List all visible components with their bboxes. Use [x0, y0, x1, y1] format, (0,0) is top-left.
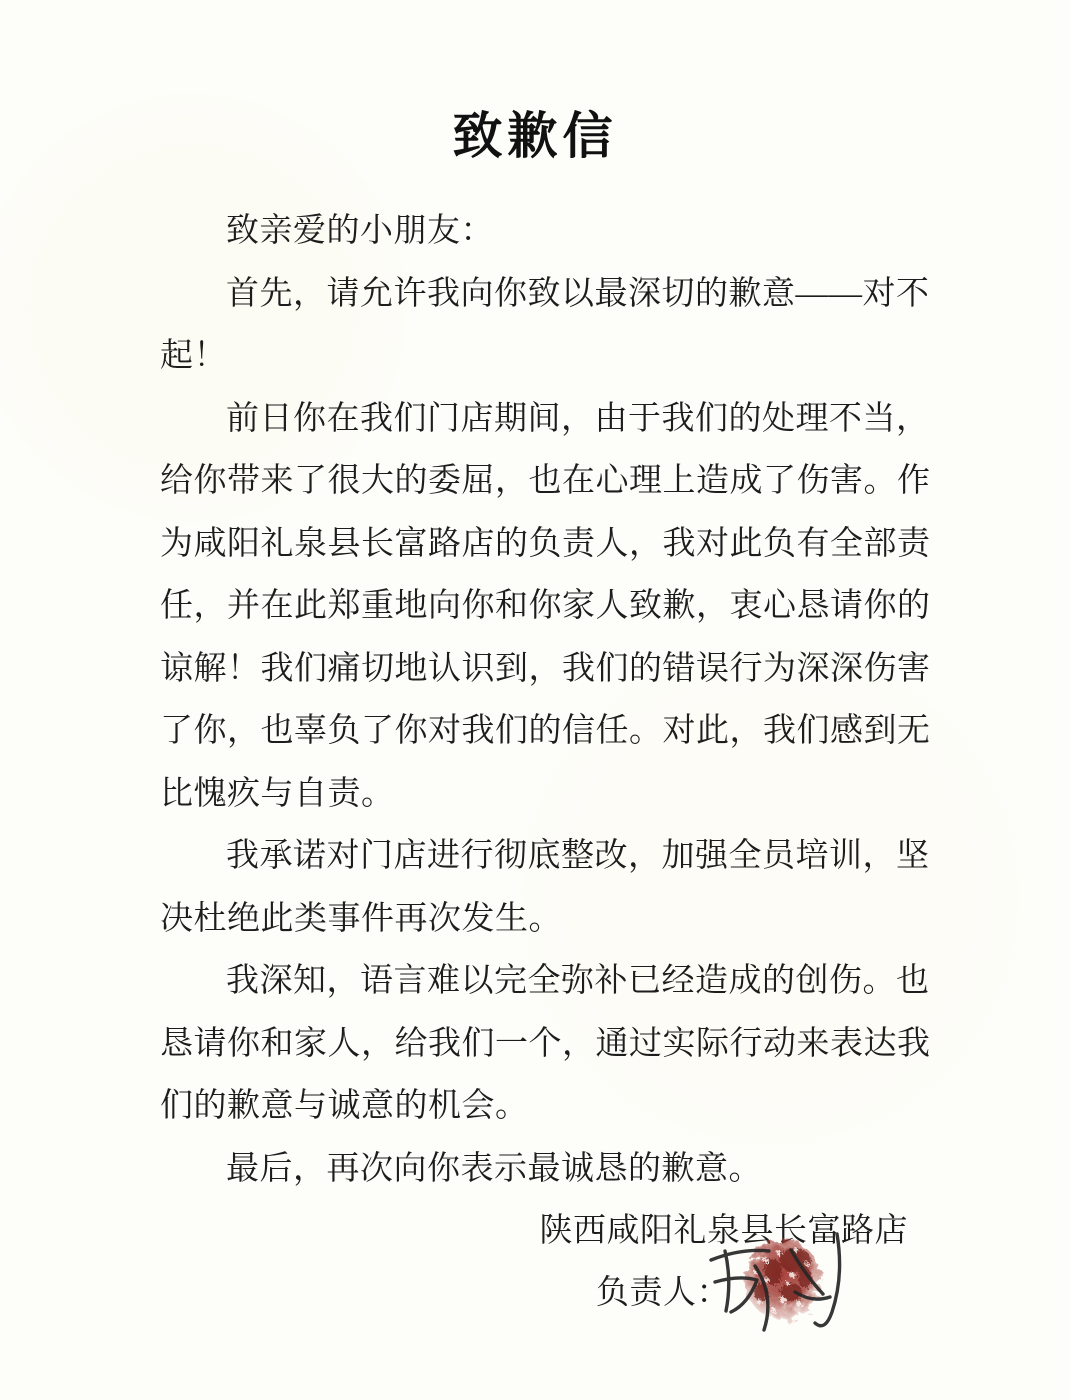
- letter-line: 前日你在我们门店期间，由于我们的处理不当，: [160, 388, 910, 451]
- letter-line: 谅解！我们痛切地认识到，我们的错误行为深深伤害: [160, 638, 910, 701]
- letter-body: 致亲爱的小朋友：首先，请允许我向你致以最深切的歉意——对不起！前日你在我们门店期…: [160, 200, 910, 1200]
- letter-line: 恳请你和家人，给我们一个，通过实际行动来表达我: [160, 1013, 910, 1076]
- letter-line: 们的歉意与诚意的机会。: [160, 1075, 910, 1138]
- letter-line: 首先，请允许我向你致以最深切的歉意——对不: [160, 263, 910, 326]
- responsible-person-signature: [695, 1220, 885, 1360]
- letter-line: 我承诺对门店进行彻底整改，加强全员培训，坚: [160, 825, 910, 888]
- letter-line: 了你，也辜负了你对我们的信任。对此，我们感到无: [160, 700, 910, 763]
- letter-line: 决杜绝此类事件再次发生。: [160, 888, 910, 951]
- letter-line: 起！: [160, 325, 910, 388]
- apology-letter-page: 致歉信 致亲爱的小朋友：首先，请允许我向你致以最深切的歉意——对不起！前日你在我…: [0, 0, 1070, 1400]
- letter-line: 比愧疚与自责。: [160, 763, 910, 826]
- letter-title: 致歉信: [0, 106, 1070, 166]
- letter-line: 最后，再次向你表示最诚恳的歉意。: [160, 1138, 910, 1201]
- letter-line: 我深知，语言难以完全弥补已经造成的创伤。也: [160, 950, 910, 1013]
- letter-line: 为咸阳礼泉县长富路店的负责人，我对此负有全部责: [160, 513, 910, 576]
- letter-line: 任，并在此郑重地向你和你家人致歉，衷心恳请你的: [160, 575, 910, 638]
- letter-line: 致亲爱的小朋友：: [160, 200, 910, 263]
- letter-line: 给你带来了很大的委屈，也在心理上造成了伤害。作: [160, 450, 910, 513]
